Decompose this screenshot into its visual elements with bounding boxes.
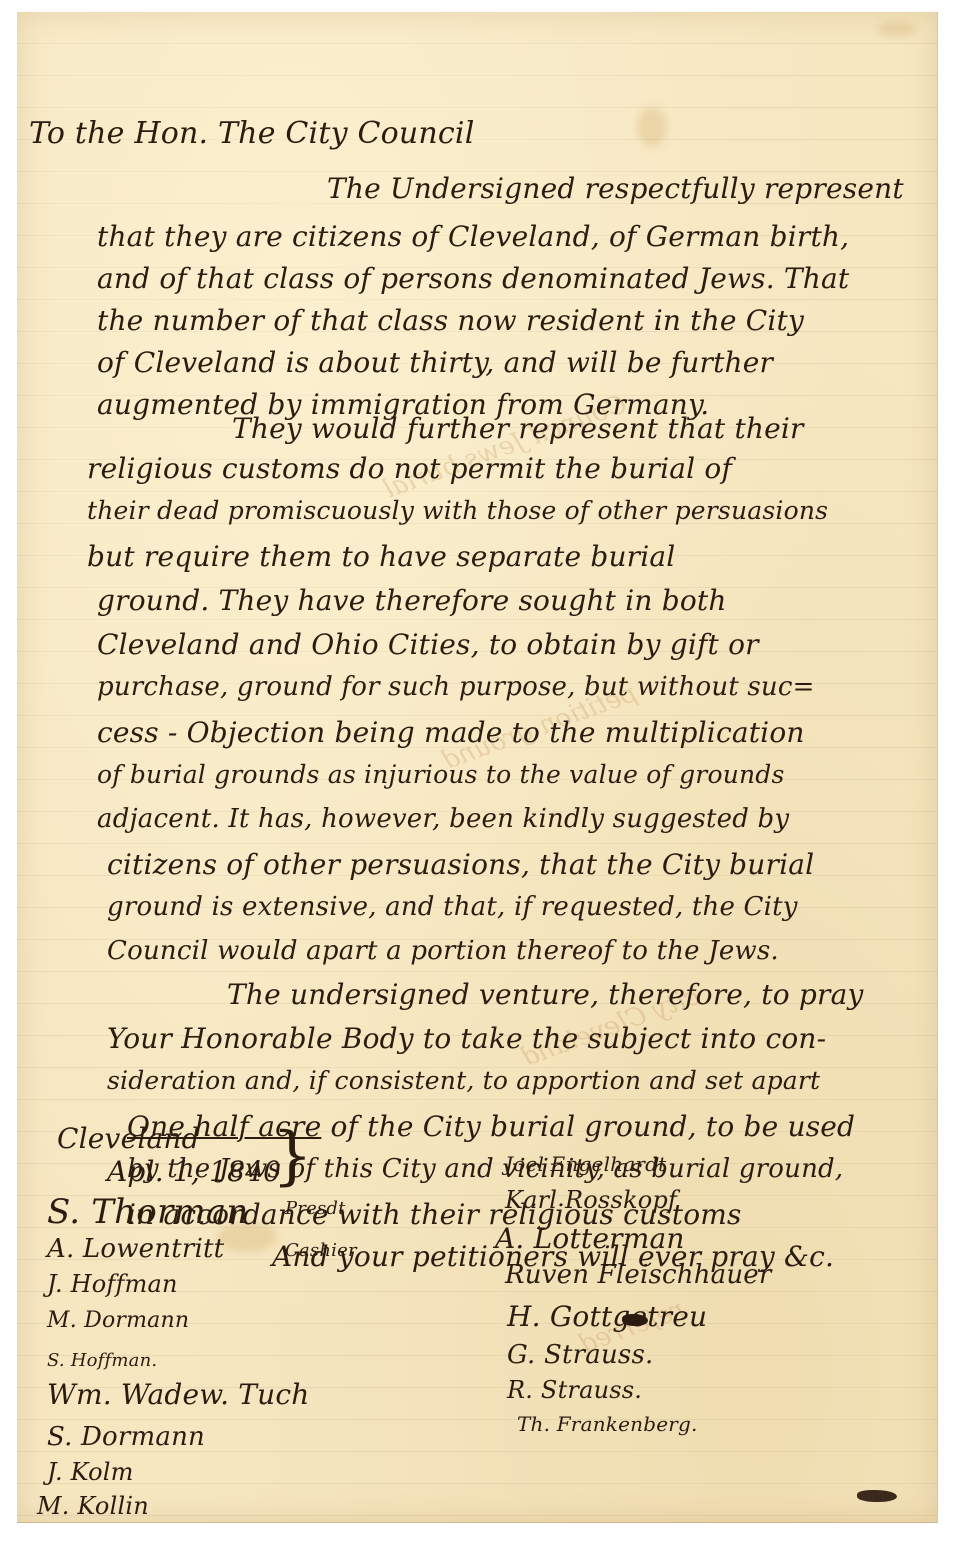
signature: Ruven Fleischhauer [505, 1260, 772, 1290]
body-line: their dead promiscuously with those of o… [87, 496, 828, 525]
body-line: that they are citizens of Cleveland, of … [97, 220, 849, 253]
signature: J. Kolm [47, 1458, 134, 1486]
signature: M. Kollin [37, 1492, 149, 1520]
signature: J. Hoffman [47, 1270, 178, 1298]
signature-title: Presdt [285, 1198, 346, 1219]
date: Apl. 1, 1840 [107, 1155, 281, 1188]
body-line: purchase, ground for such purpose, but w… [97, 672, 815, 702]
signature: Joel Engelhardt [505, 1152, 666, 1176]
body-line: Council would apart a portion thereof to… [107, 936, 779, 966]
body-line-rest: of the City burial ground, to be used [330, 1110, 855, 1143]
signature: S. Thorman [47, 1192, 248, 1232]
signature-title: Cashier [285, 1240, 357, 1261]
signature: S. Dormann [47, 1422, 205, 1452]
paper-stain [877, 22, 917, 36]
body-line: but require them to have separate burial [87, 540, 675, 573]
body-line: The Undersigned respectfully represent [327, 172, 904, 205]
place: Cleveland [57, 1122, 200, 1155]
body-line: citizens of other persuasions, that the … [107, 848, 814, 881]
signature: Karl Rosskopf [505, 1186, 677, 1214]
body-line-underlined: One half acre of the City burial ground,… [127, 1110, 855, 1143]
signature: R. Strauss. [507, 1376, 642, 1404]
body-line: of Cleveland is about thirty, and will b… [97, 346, 773, 379]
signature: S. Hoffman. [47, 1350, 157, 1371]
signature: Wm. Wadew. Tuch [47, 1378, 310, 1411]
petition-page: Council Jews burial petition ground city… [17, 12, 938, 1523]
body-line: cess - Objection being made to the multi… [97, 716, 805, 749]
body-line: the number of that class now resident in… [97, 304, 804, 337]
signature: A. Lowentritt [47, 1234, 224, 1264]
signature: M. Dormann [47, 1308, 189, 1333]
signature: G. Strauss. [507, 1340, 653, 1370]
body-line: religious customs do not permit the buri… [87, 452, 732, 485]
brace-mark: } [272, 1124, 313, 1188]
body-line: of burial grounds as injurious to the va… [97, 760, 785, 789]
body-line: ground. They have therefore sought in bo… [97, 584, 727, 617]
signature: H. Gottgetreu [507, 1300, 707, 1333]
paper-stain [637, 107, 667, 147]
ink-blot [622, 1314, 648, 1326]
body-line: They would further represent that their [232, 412, 804, 445]
salutation: To the Hon. The City Council [29, 116, 475, 151]
signature: A. Lotterman [495, 1222, 685, 1255]
body-line: adjacent. It has, however, been kindly s… [97, 804, 789, 834]
body-line: The undersigned venture, therefore, to p… [227, 978, 863, 1011]
body-line: ground is extensive, and that, if reques… [107, 892, 798, 922]
signature: Th. Frankenberg. [517, 1412, 698, 1436]
body-line: sideration and, if consistent, to apport… [107, 1066, 820, 1095]
body-line: Your Honorable Body to take the subject … [107, 1022, 826, 1055]
body-line: and of that class of persons denominated… [97, 262, 849, 295]
ink-blot [857, 1490, 897, 1502]
body-line: Cleveland and Ohio Cities, to obtain by … [97, 628, 759, 661]
